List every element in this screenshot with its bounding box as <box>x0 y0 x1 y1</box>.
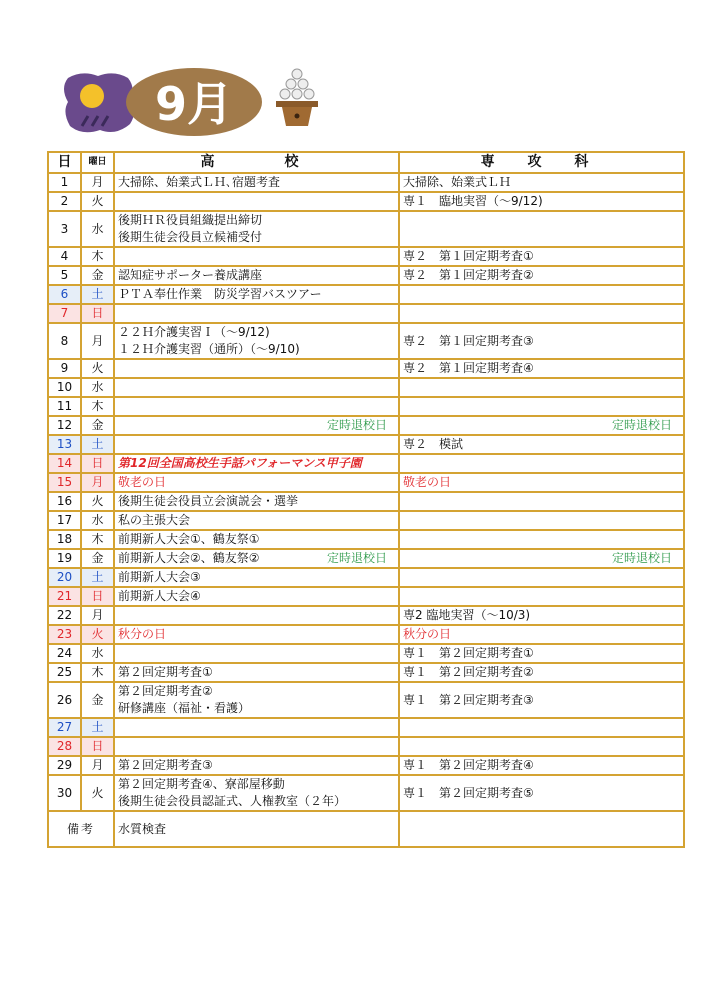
event-text: 後期生徒会役員立会演説会・選挙 <box>118 493 298 510</box>
table-row: 10水 <box>48 378 684 397</box>
high-school-cell: 第12回全国高校生手話パフォーマンス甲子園 <box>114 454 399 473</box>
high-school-cell <box>114 304 399 323</box>
advanced-course-cell <box>399 492 684 511</box>
high-school-cell: 大掃除、始業式ＬＨ､宿題考査 <box>114 173 399 192</box>
day-number: 17 <box>48 511 81 530</box>
table-row: 11木 <box>48 397 684 416</box>
event-text: 前期新人大会①、鶴友祭① <box>118 531 260 548</box>
table-row: 2火専１ 臨地実習（～9/12) <box>48 192 684 211</box>
event-text: ＰＴＡ奉仕作業 防災学習バスツアー <box>118 286 322 303</box>
day-number: 5 <box>48 266 81 285</box>
high-school-cell <box>114 718 399 737</box>
day-number: 1 <box>48 173 81 192</box>
weekday: 日 <box>81 737 114 756</box>
table-row: 16火後期生徒会役員立会演説会・選挙 <box>48 492 684 511</box>
table-row: 8月２２Ｈ介護実習Ｉ（～9/12)１２Ｈ介護実習（通所）（～9/10)専２ 第１… <box>48 323 684 359</box>
event-text: 専１ 第２回定期考査① <box>403 645 534 662</box>
dismissal-day-note: 定時退校日 <box>327 417 395 434</box>
advanced-course-cell <box>399 211 684 247</box>
advanced-course-cell: 専２ 第１回定期考査④ <box>399 359 684 378</box>
day-number: 16 <box>48 492 81 511</box>
table-row: 3水後期ＨＲ役員組織提出締切後期生徒会役員立候補受付 <box>48 211 684 247</box>
event-text: 専２ 第１回定期考査④ <box>403 360 534 377</box>
high-school-cell <box>114 737 399 756</box>
event-text: 第12回全国高校生手話パフォーマンス甲子園 <box>118 455 362 472</box>
advanced-course-cell: 敬老の日 <box>399 473 684 492</box>
table-row: 17水私の主張大会 <box>48 511 684 530</box>
event-text: 秋分の日 <box>403 626 451 643</box>
table-row: 28日 <box>48 737 684 756</box>
remarks-advanced-course <box>399 811 684 847</box>
weekday: 日 <box>81 304 114 323</box>
day-number: 25 <box>48 663 81 682</box>
day-number: 9 <box>48 359 81 378</box>
weekday: 火 <box>81 192 114 211</box>
weekday: 日 <box>81 587 114 606</box>
day-number: 24 <box>48 644 81 663</box>
event-text: 専１ 臨地実習（～9/12) <box>403 193 543 210</box>
event-text: 専１ 第２回定期考査③ <box>403 692 534 709</box>
weekday: 水 <box>81 644 114 663</box>
high-school-cell: 第２回定期考査②研修講座（福祉・看護） <box>114 682 399 718</box>
table-row: 24水専１ 第２回定期考査① <box>48 644 684 663</box>
table-row: 27土 <box>48 718 684 737</box>
high-school-cell: 後期生徒会役員立会演説会・選挙 <box>114 492 399 511</box>
weekday: 水 <box>81 211 114 247</box>
weekday: 火 <box>81 359 114 378</box>
table-row: 1月大掃除、始業式ＬＨ､宿題考査大掃除、始業式ＬＨ <box>48 173 684 192</box>
high-school-cell: 前期新人大会③ <box>114 568 399 587</box>
advanced-course-cell <box>399 304 684 323</box>
weekday: 月 <box>81 173 114 192</box>
event-text: 大掃除、始業式ＬＨ <box>403 174 511 191</box>
remarks-high-school: 水質検査 <box>114 811 399 847</box>
event-text: 第２回定期考査① <box>118 664 213 681</box>
table-row: 13土専２ 模試 <box>48 435 684 454</box>
day-number: 14 <box>48 454 81 473</box>
weekday: 木 <box>81 663 114 682</box>
advanced-course-cell <box>399 397 684 416</box>
table-row: 7日 <box>48 304 684 323</box>
high-school-cell <box>114 192 399 211</box>
advanced-course-cell: 定時退校日 <box>399 549 684 568</box>
high-school-cell <box>114 435 399 454</box>
table-row: 22月専2 臨地実習（～10/3) <box>48 606 684 625</box>
advanced-course-cell <box>399 587 684 606</box>
table-row: 20土前期新人大会③ <box>48 568 684 587</box>
table-row: 26金第２回定期考査②研修講座（福祉・看護）専１ 第２回定期考査③ <box>48 682 684 718</box>
header-weekday: 曜日 <box>81 152 114 173</box>
day-number: 29 <box>48 756 81 775</box>
event-text: 前期新人大会②、鶴友祭② <box>118 550 260 567</box>
day-number: 7 <box>48 304 81 323</box>
event-text: 専１ 第２回定期考査④ <box>403 757 534 774</box>
advanced-course-cell: 専１ 第２回定期考査① <box>399 644 684 663</box>
high-school-cell: 第２回定期考査③ <box>114 756 399 775</box>
event-text: 大掃除、始業式ＬＨ､宿題考査 <box>118 174 280 191</box>
event-text: 敬老の日 <box>403 474 451 491</box>
day-number: 30 <box>48 775 81 811</box>
high-school-cell: 敬老の日 <box>114 473 399 492</box>
advanced-course-cell <box>399 718 684 737</box>
day-number: 11 <box>48 397 81 416</box>
advanced-course-cell: 専１ 臨地実習（～9/12) <box>399 192 684 211</box>
day-number: 8 <box>48 323 81 359</box>
high-school-cell: 定時退校日 <box>114 416 399 435</box>
header-day: 日 <box>48 152 81 173</box>
advanced-course-cell: 専１ 第２回定期考査④ <box>399 756 684 775</box>
day-number: 22 <box>48 606 81 625</box>
weekday: 土 <box>81 718 114 737</box>
dismissal-day-note: 定時退校日 <box>612 550 680 567</box>
dismissal-day-note: 定時退校日 <box>612 417 680 434</box>
event-text: 専２ 第１回定期考査③ <box>403 333 534 350</box>
table-row: 18木前期新人大会①、鶴友祭① <box>48 530 684 549</box>
day-number: 3 <box>48 211 81 247</box>
weekday: 火 <box>81 625 114 644</box>
weekday: 月 <box>81 473 114 492</box>
table-row: 6土ＰＴＡ奉仕作業 防災学習バスツアー <box>48 285 684 304</box>
table-row: 29月第２回定期考査③専１ 第２回定期考査④ <box>48 756 684 775</box>
advanced-course-cell: 定時退校日 <box>399 416 684 435</box>
table-row: 4木専２ 第１回定期考査① <box>48 247 684 266</box>
weekday: 土 <box>81 435 114 454</box>
weekday: 水 <box>81 378 114 397</box>
table-row: 15月敬老の日敬老の日 <box>48 473 684 492</box>
event-text: 後期生徒会役員認証式、人権教室（２年） <box>118 793 346 810</box>
day-number: 27 <box>48 718 81 737</box>
weekday: 木 <box>81 530 114 549</box>
high-school-cell <box>114 359 399 378</box>
day-number: 18 <box>48 530 81 549</box>
day-number: 13 <box>48 435 81 454</box>
advanced-course-cell: 秋分の日 <box>399 625 684 644</box>
high-school-cell: ＰＴＡ奉仕作業 防災学習バスツアー <box>114 285 399 304</box>
schedule-table: 日 曜日 高 校 専 攻 科 1月大掃除、始業式ＬＨ､宿題考査大掃除、始業式ＬＨ… <box>47 151 685 848</box>
day-number: 2 <box>48 192 81 211</box>
event-text: 秋分の日 <box>118 626 166 643</box>
high-school-cell <box>114 378 399 397</box>
header-advanced-course: 専 攻 科 <box>399 152 684 173</box>
event-text: 私の主張大会 <box>118 512 190 529</box>
day-number: 21 <box>48 587 81 606</box>
day-number: 28 <box>48 737 81 756</box>
weekday: 土 <box>81 285 114 304</box>
weekday: 月 <box>81 606 114 625</box>
weekday: 火 <box>81 775 114 811</box>
event-text: 前期新人大会④ <box>118 588 201 605</box>
weekday: 火 <box>81 492 114 511</box>
event-text: 敬老の日 <box>118 474 166 491</box>
event-text: 専２ 第１回定期考査① <box>403 248 534 265</box>
weekday: 木 <box>81 247 114 266</box>
header-high-school: 高 校 <box>114 152 399 173</box>
weekday: 月 <box>81 756 114 775</box>
high-school-cell: 前期新人大会④ <box>114 587 399 606</box>
day-number: 15 <box>48 473 81 492</box>
day-number: 19 <box>48 549 81 568</box>
month-label-art: 9月 <box>155 77 233 131</box>
event-text: 専２ 模試 <box>403 436 463 453</box>
remarks-row: 備考 水質検査 <box>48 811 684 847</box>
advanced-course-cell: 専２ 第１回定期考査② <box>399 266 684 285</box>
weekday: 金 <box>81 416 114 435</box>
table-row: 21日前期新人大会④ <box>48 587 684 606</box>
high-school-cell: 第２回定期考査① <box>114 663 399 682</box>
high-school-cell: 第２回定期考査④、寮部屋移動後期生徒会役員認証式、人権教室（２年） <box>114 775 399 811</box>
high-school-cell: 前期新人大会①、鶴友祭① <box>114 530 399 549</box>
event-text: 第２回定期考査④、寮部屋移動 <box>118 776 346 793</box>
high-school-cell: 後期ＨＲ役員組織提出締切後期生徒会役員立候補受付 <box>114 211 399 247</box>
advanced-course-cell: 専２ 模試 <box>399 435 684 454</box>
weekday: 月 <box>81 323 114 359</box>
advanced-course-cell: 専２ 第１回定期考査① <box>399 247 684 266</box>
table-row: 23火秋分の日秋分の日 <box>48 625 684 644</box>
event-text: 第２回定期考査③ <box>118 757 213 774</box>
advanced-course-cell <box>399 378 684 397</box>
table-row: 14日第12回全国高校生手話パフォーマンス甲子園 <box>48 454 684 473</box>
advanced-course-cell: 専２ 第１回定期考査③ <box>399 323 684 359</box>
table-row: 9火専２ 第１回定期考査④ <box>48 359 684 378</box>
day-number: 4 <box>48 247 81 266</box>
advanced-course-cell: 大掃除、始業式ＬＨ <box>399 173 684 192</box>
high-school-cell <box>114 644 399 663</box>
advanced-course-cell <box>399 737 684 756</box>
advanced-course-cell: 専2 臨地実習（～10/3) <box>399 606 684 625</box>
high-school-cell <box>114 247 399 266</box>
advanced-course-cell: 専１ 第２回定期考査⑤ <box>399 775 684 811</box>
dismissal-day-note: 定時退校日 <box>327 550 395 567</box>
event-text: 専2 臨地実習（～10/3) <box>403 607 530 624</box>
table-row: 25木第２回定期考査①専１ 第２回定期考査② <box>48 663 684 682</box>
high-school-cell: ２２Ｈ介護実習Ｉ（～9/12)１２Ｈ介護実習（通所）（～9/10) <box>114 323 399 359</box>
advanced-course-cell <box>399 454 684 473</box>
high-school-cell <box>114 606 399 625</box>
high-school-cell: 前期新人大会②、鶴友祭②定時退校日 <box>114 549 399 568</box>
table-row: 19金前期新人大会②、鶴友祭②定時退校日定時退校日 <box>48 549 684 568</box>
event-text: 第２回定期考査② <box>118 683 250 700</box>
remarks-label: 備考 <box>48 811 114 847</box>
weekday: 金 <box>81 682 114 718</box>
event-text: ２２Ｈ介護実習Ｉ（～9/12) <box>118 324 300 341</box>
event-text: 認知症サポーター養成講座 <box>118 267 262 284</box>
table-row: 12金定時退校日定時退校日 <box>48 416 684 435</box>
event-text: １２Ｈ介護実習（通所）（～9/10) <box>118 341 300 358</box>
event-text: 研修講座（福祉・看護） <box>118 700 250 717</box>
month-banner: 9月 <box>62 64 332 142</box>
day-number: 23 <box>48 625 81 644</box>
high-school-cell: 秋分の日 <box>114 625 399 644</box>
month-banner-art: 9月 <box>62 64 332 142</box>
weekday: 水 <box>81 511 114 530</box>
event-text: 後期生徒会役員立候補受付 <box>118 229 262 246</box>
day-number: 12 <box>48 416 81 435</box>
day-number: 26 <box>48 682 81 718</box>
event-text: 後期ＨＲ役員組織提出締切 <box>118 212 262 229</box>
day-number: 20 <box>48 568 81 587</box>
advanced-course-cell <box>399 530 684 549</box>
table-row: 5金認知症サポーター養成講座専２ 第１回定期考査② <box>48 266 684 285</box>
header-row: 日 曜日 高 校 専 攻 科 <box>48 152 684 173</box>
weekday: 日 <box>81 454 114 473</box>
event-text: 専２ 第１回定期考査② <box>403 267 534 284</box>
tsukimi-dango-icon <box>276 69 318 126</box>
advanced-course-cell <box>399 285 684 304</box>
high-school-cell: 私の主張大会 <box>114 511 399 530</box>
event-text: 前期新人大会③ <box>118 569 201 586</box>
advanced-course-cell <box>399 511 684 530</box>
high-school-cell: 認知症サポーター養成講座 <box>114 266 399 285</box>
high-school-cell <box>114 397 399 416</box>
table-row: 30火第２回定期考査④、寮部屋移動後期生徒会役員認証式、人権教室（２年）専１ 第… <box>48 775 684 811</box>
weekday: 金 <box>81 266 114 285</box>
event-text: 専１ 第２回定期考査⑤ <box>403 785 534 802</box>
day-number: 6 <box>48 285 81 304</box>
advanced-course-cell <box>399 568 684 587</box>
day-number: 10 <box>48 378 81 397</box>
event-text: 専１ 第２回定期考査② <box>403 664 534 681</box>
weekday: 土 <box>81 568 114 587</box>
full-moon-susuki-icon <box>64 73 134 132</box>
weekday: 金 <box>81 549 114 568</box>
weekday: 木 <box>81 397 114 416</box>
advanced-course-cell: 専１ 第２回定期考査③ <box>399 682 684 718</box>
advanced-course-cell: 専１ 第２回定期考査② <box>399 663 684 682</box>
